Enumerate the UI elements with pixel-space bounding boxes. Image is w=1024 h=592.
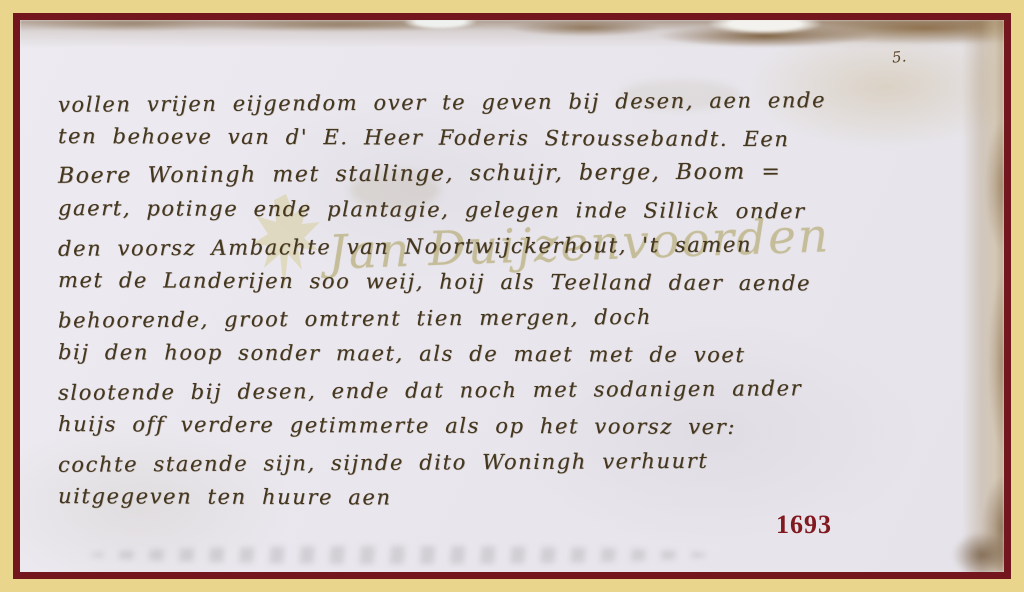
manuscript-line: huijs off verdere getimmerte als op het … xyxy=(58,406,968,446)
burnt-top-edge xyxy=(20,20,1004,70)
outer-mat: 5. Jan Duijzenvoorden vollen vrijen eijg… xyxy=(0,0,1024,592)
manuscript-line: bij den hoop sonder maet, als de maet me… xyxy=(58,334,968,374)
manuscript-line: ten behoeve van d' E. Heer Foderis Strou… xyxy=(58,118,968,158)
manuscript-line: gaert, potinge ende plantagie, gelegen i… xyxy=(58,190,968,230)
aged-right-edge xyxy=(962,20,1004,572)
manuscript-line: cochte staende sijn, sijnde dito Woningh… xyxy=(58,441,968,483)
year-label: 1693 xyxy=(762,510,846,540)
ink-show-through xyxy=(90,546,710,564)
photo-frame: 5. Jan Duijzenvoorden vollen vrijen eijg… xyxy=(13,13,1011,579)
burnt-corner xyxy=(952,532,1004,572)
handwritten-text: vollen vrijen eijgendom over te geven bi… xyxy=(58,84,968,516)
manuscript-line: den voorsz Ambachte van Noortwijckerhout… xyxy=(58,225,968,267)
manuscript-line: vollen vrijen eijgendom over te geven bi… xyxy=(58,81,968,123)
manuscript-line: met de Landerijen soo weij, hoij als Tee… xyxy=(58,262,968,302)
page-number: 5. xyxy=(891,47,907,66)
manuscript-line: behoorende, groot omtrent tien mergen, d… xyxy=(58,297,878,338)
manuscript-page: 5. Jan Duijzenvoorden vollen vrijen eijg… xyxy=(20,20,1004,572)
manuscript-line: Boere Woningh met stallinge, schuijr, be… xyxy=(58,153,968,195)
manuscript-line: slootende bij desen, ende dat noch met s… xyxy=(58,369,968,411)
